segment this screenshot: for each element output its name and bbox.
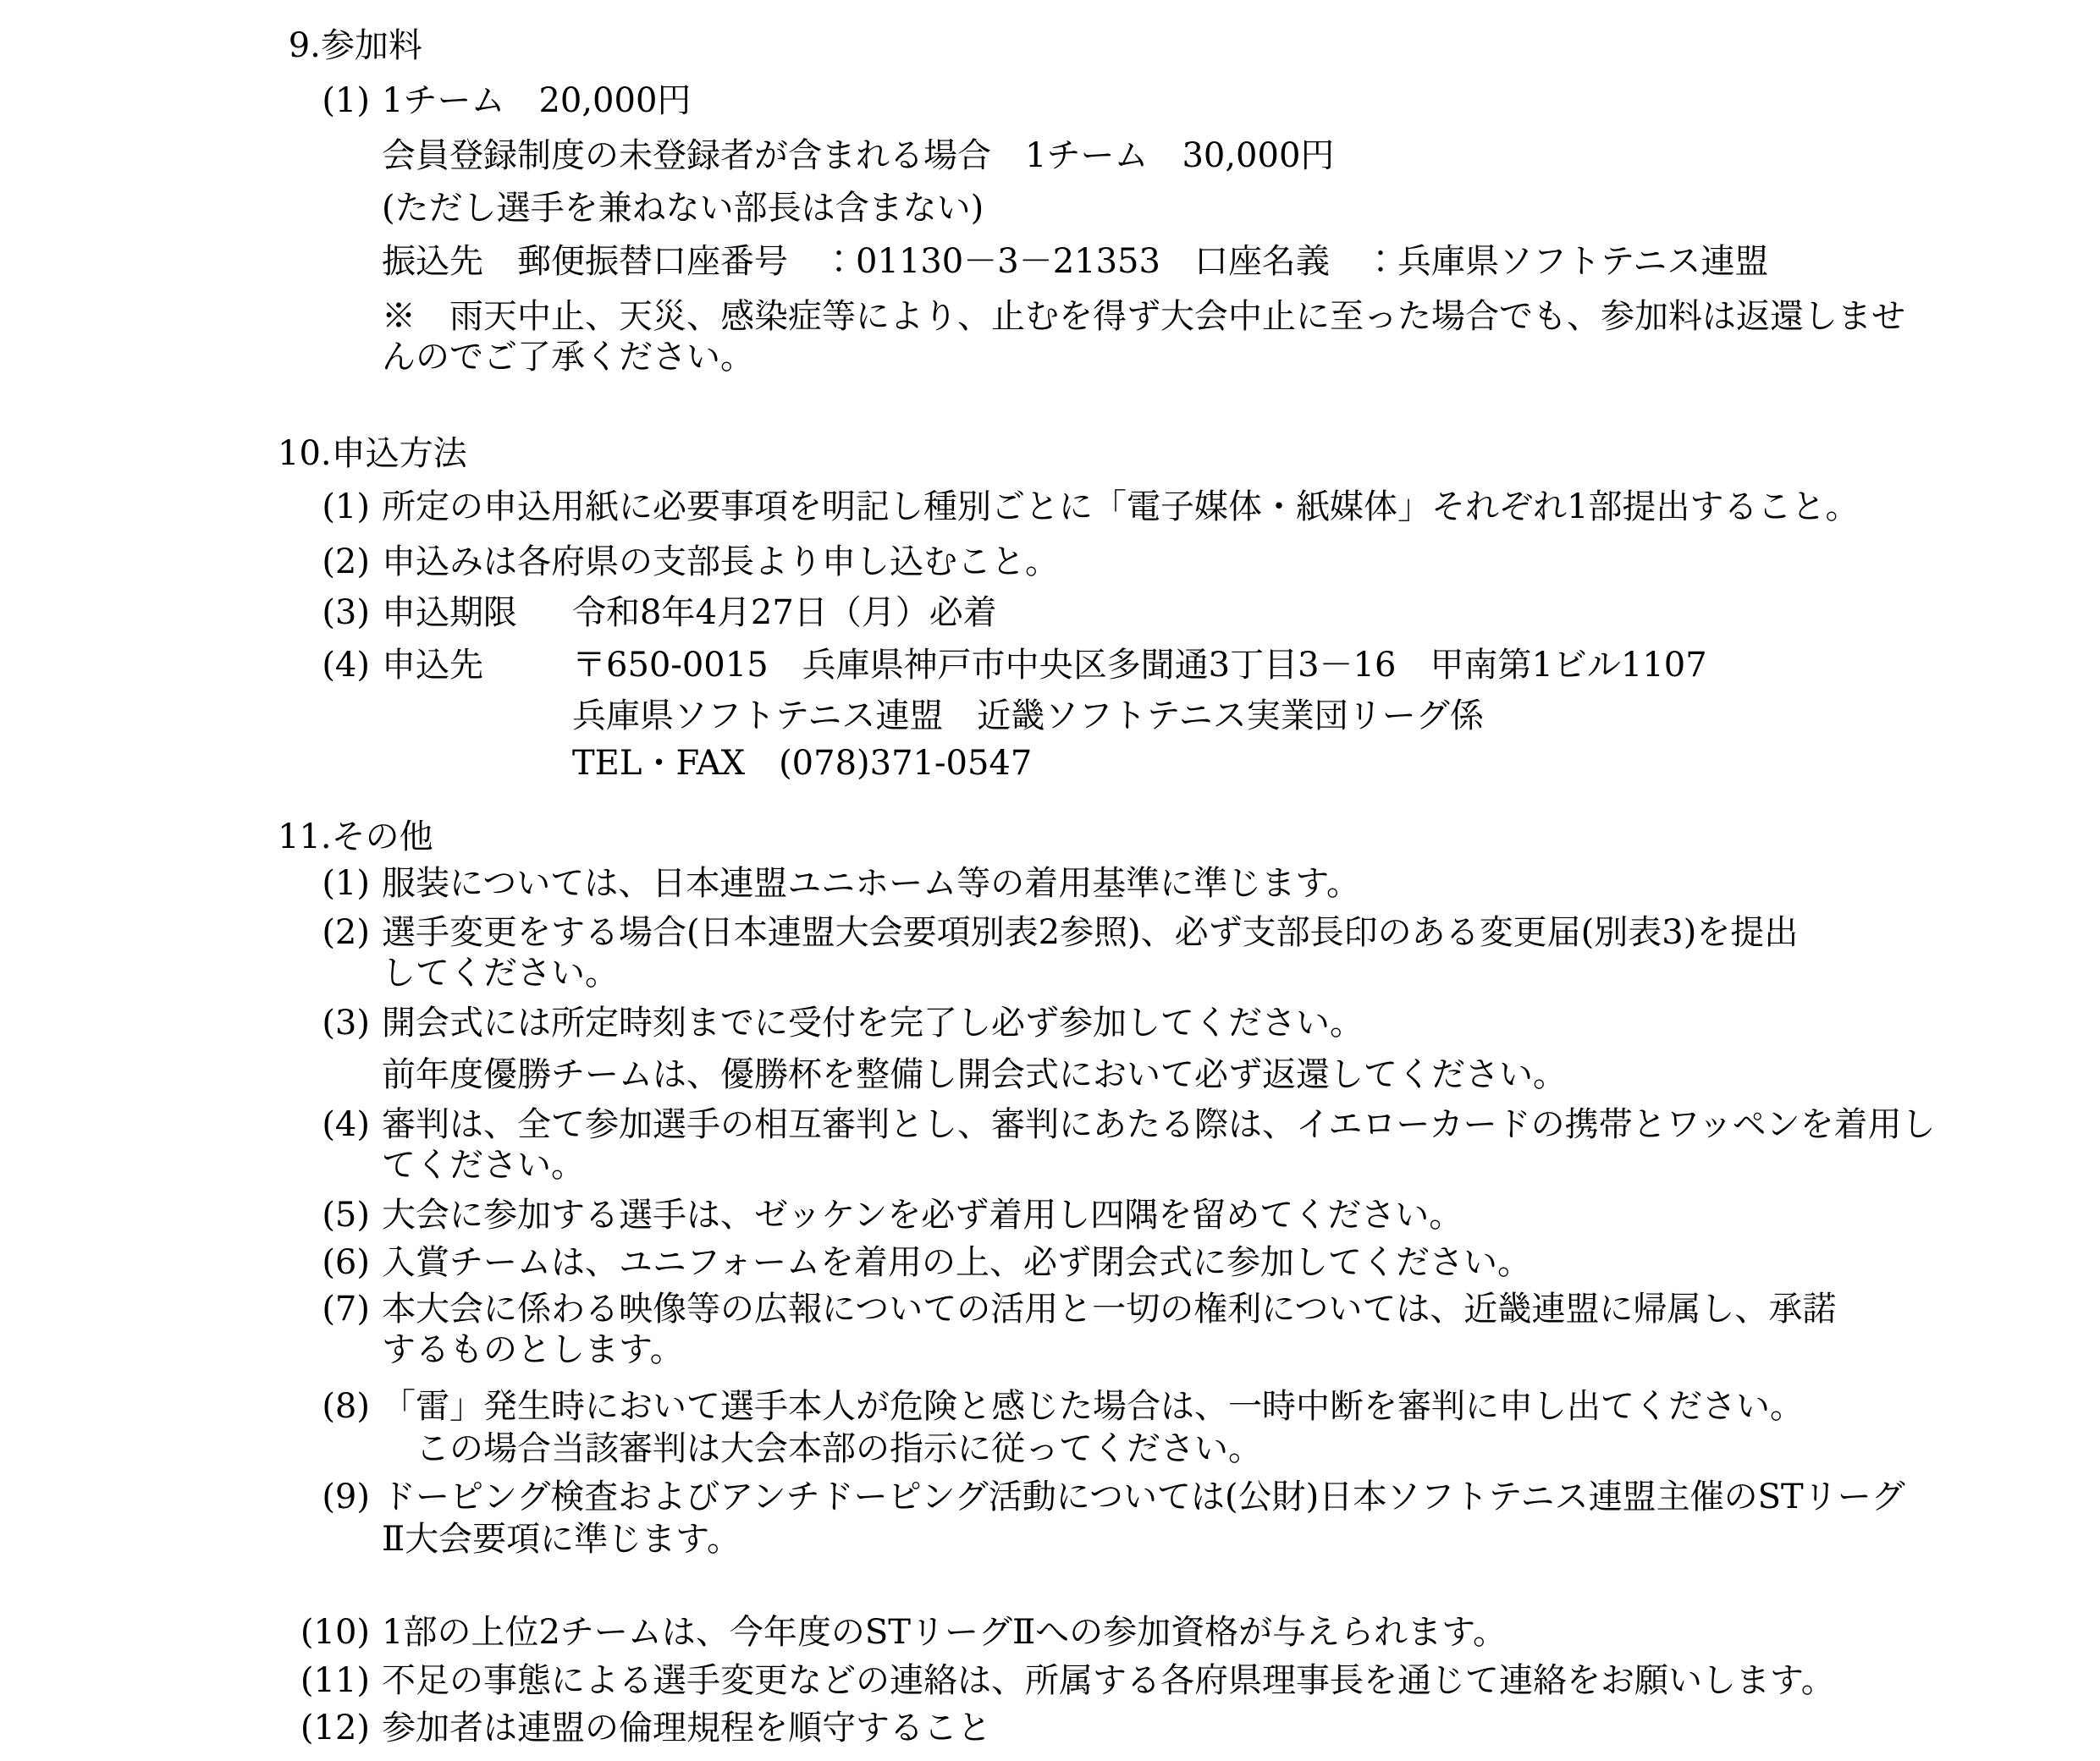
field-value: 令和8年4月27日（月）必着 — [572, 592, 997, 633]
item-marker: (2) — [278, 912, 370, 953]
text-line: 入賞チームは、ユニフォームを着用の上、必ず閉会式に参加してください。 — [382, 1242, 2100, 1283]
section-participation-fee: 9.参加料 (1) 1チーム 20,000円 会員登録制度の未登録者が含まれる場… — [0, 25, 2100, 377]
section-other: 11.その他 (1) 服装については、日本連盟ユニホーム等の着用基準に準じます。… — [0, 817, 2100, 1748]
text-line: するものとします。 — [382, 1329, 2100, 1370]
text-line: TEL・FAX (078)371-0547 — [572, 743, 2100, 784]
field-value: 〒650-0015 兵庫県神戸市中央区多聞通3丁目3－16 甲南第1ビル1107 — [572, 645, 1707, 685]
item-marker: (11) — [278, 1660, 370, 1701]
list-item: (5) 大会に参加する選手は、ゼッケンを必ず着用し四隅を留めてください。 — [0, 1195, 2100, 1235]
list-item: (4) 審判は、全て参加選手の相互審判とし、審判にあたる際は、イエローカードの携… — [0, 1104, 2100, 1186]
section-heading: 9.参加料 — [278, 25, 2100, 66]
text-line-note: んのでご了承ください。 — [382, 337, 2100, 377]
item-marker: (1) — [278, 863, 370, 904]
text-line: 開会式には所定時刻までに受付を完了し必ず参加してください。 — [382, 1003, 2100, 1043]
list-item: (6) 入賞チームは、ユニフォームを着用の上、必ず閉会式に参加してください。 — [0, 1242, 2100, 1283]
text-line: てください。 — [382, 1145, 2100, 1186]
list-item: (12) 参加者は連盟の倫理規程を順守すること — [0, 1708, 2100, 1748]
list-item: (2) 申込みは各府県の支部長より申し込むこと。 — [0, 542, 2100, 582]
item-marker: (1) — [278, 80, 370, 121]
text-line: Ⅱ大会要項に準じます。 — [382, 1519, 2100, 1560]
item-marker: (7) — [278, 1289, 370, 1329]
list-item: (11) 不足の事態による選手変更などの連絡は、所属する各府県理事長を通じて連絡… — [0, 1660, 2100, 1701]
text-line: ドーピング検査およびアンチドーピング活動については(公財)日本ソフトテニス連盟主… — [382, 1477, 2100, 1517]
list-item: (3) 開会式には所定時刻までに受付を完了し必ず参加してください。 前年度優勝チ… — [0, 1003, 2100, 1095]
list-item: (10) 1部の上位2チームは、今年度のSTリーグⅡへの参加資格が与えられます。 — [0, 1612, 2100, 1653]
section-heading: 11.その他 — [278, 817, 2100, 857]
text-line: 大会に参加する選手は、ゼッケンを必ず着用し四隅を留めてください。 — [382, 1195, 2100, 1235]
list-item: (1) 所定の申込用紙に必要事項を明記し種別ごとに「電子媒体・紙媒体」それぞれ1… — [0, 487, 2100, 527]
item-marker: (12) — [278, 1708, 370, 1748]
item-content: 1チーム 20,000円 会員登録制度の未登録者が含まれる場合 1チーム 30,… — [382, 80, 2100, 377]
item-marker: (6) — [278, 1242, 370, 1283]
list-item: (1) 服装については、日本連盟ユニホーム等の着用基準に準じます。 — [0, 863, 2100, 904]
text-line: 所定の申込用紙に必要事項を明記し種別ごとに「電子媒体・紙媒体」それぞれ1部提出す… — [382, 487, 2100, 527]
text-line: 不足の事態による選手変更などの連絡は、所属する各府県理事長を通じて連絡をお願いし… — [382, 1660, 2100, 1701]
text-line: 「雷」発生時において選手本人が危険と感じた場合は、一時中断を審判に申し出てくださ… — [382, 1386, 2100, 1427]
item-marker: (5) — [278, 1195, 370, 1235]
list-item: (2) 選手変更をする場合(日本連盟大会要項別表2参照)、必ず支部長印のある変更… — [0, 912, 2100, 993]
item-marker: (3) — [278, 592, 370, 633]
item-marker: (10) — [278, 1612, 370, 1653]
field-label: 申込期限 — [382, 592, 572, 633]
field-label: 申込先 — [382, 645, 572, 685]
text-line-note: ※ 雨天中止、天災、感染症等により、止むを得ず大会中止に至った場合でも、参加料は… — [382, 296, 2100, 337]
item-marker: (4) — [278, 1104, 370, 1145]
text-line: 参加者は連盟の倫理規程を順守すること — [382, 1708, 2100, 1748]
text-line: この場合当該審判は大会本部の指示に従ってください。 — [382, 1428, 2100, 1469]
item-marker: (2) — [278, 542, 370, 582]
text-line: 振込先 郵便振替口座番号 ：01130－3－21353 口座名義 ：兵庫県ソフト… — [382, 241, 2100, 282]
list-item: (9) ドーピング検査およびアンチドーピング活動については(公財)日本ソフトテニ… — [0, 1477, 2100, 1560]
text-line: 審判は、全て参加選手の相互審判とし、審判にあたる際は、イエローカードの携帯とワッ… — [382, 1104, 2100, 1145]
text-line: 申込みは各府県の支部長より申し込むこと。 — [382, 542, 2100, 582]
item-marker: (8) — [278, 1386, 370, 1427]
text-line: 兵庫県ソフトテニス連盟 近畿ソフトテニス実業団リーグ係 — [572, 696, 2100, 736]
item-marker: (4) — [278, 645, 370, 685]
text-line: 1チーム 20,000円 — [382, 80, 2100, 121]
section-application-method: 10.申込方法 (1) 所定の申込用紙に必要事項を明記し種別ごとに「電子媒体・紙… — [0, 433, 2100, 784]
text-line: 前年度優勝チームは、優勝杯を整備し開会式において必ず返還してください。 — [382, 1054, 2100, 1095]
list-item: (8) 「雷」発生時において選手本人が危険と感じた場合は、一時中断を審判に申し出… — [0, 1386, 2100, 1469]
text-line: (ただし選手を兼ねない部長は含まない) — [382, 188, 2100, 228]
item-marker: (1) — [278, 487, 370, 527]
item-marker: (9) — [278, 1477, 370, 1517]
section-heading: 10.申込方法 — [278, 433, 2100, 474]
item-marker: (3) — [278, 1003, 370, 1043]
list-item: (1) 1チーム 20,000円 会員登録制度の未登録者が含まれる場合 1チーム… — [0, 80, 2100, 377]
text-line: してください。 — [382, 953, 2100, 993]
list-item: (7) 本大会に係わる映像等の広報についての活用と一切の権利については、近畿連盟… — [0, 1289, 2100, 1370]
list-item: (3) 申込期限 令和8年4月27日（月）必着 — [0, 592, 2100, 633]
text-line: 本大会に係わる映像等の広報についての活用と一切の権利については、近畿連盟に帰属し… — [382, 1289, 2100, 1329]
text-line: 服装については、日本連盟ユニホーム等の着用基準に準じます。 — [382, 863, 2100, 904]
text-line: 1部の上位2チームは、今年度のSTリーグⅡへの参加資格が与えられます。 — [382, 1612, 2100, 1653]
text-line: 選手変更をする場合(日本連盟大会要項別表2参照)、必ず支部長印のある変更届(別表… — [382, 912, 2100, 953]
document-page: 9.参加料 (1) 1チーム 20,000円 会員登録制度の未登録者が含まれる場… — [0, 0, 2100, 1748]
text-line: 会員登録制度の未登録者が含まれる場合 1チーム 30,000円 — [382, 135, 2100, 176]
list-item: (4) 申込先 〒650-0015 兵庫県神戸市中央区多聞通3丁目3－16 甲南… — [0, 645, 2100, 784]
